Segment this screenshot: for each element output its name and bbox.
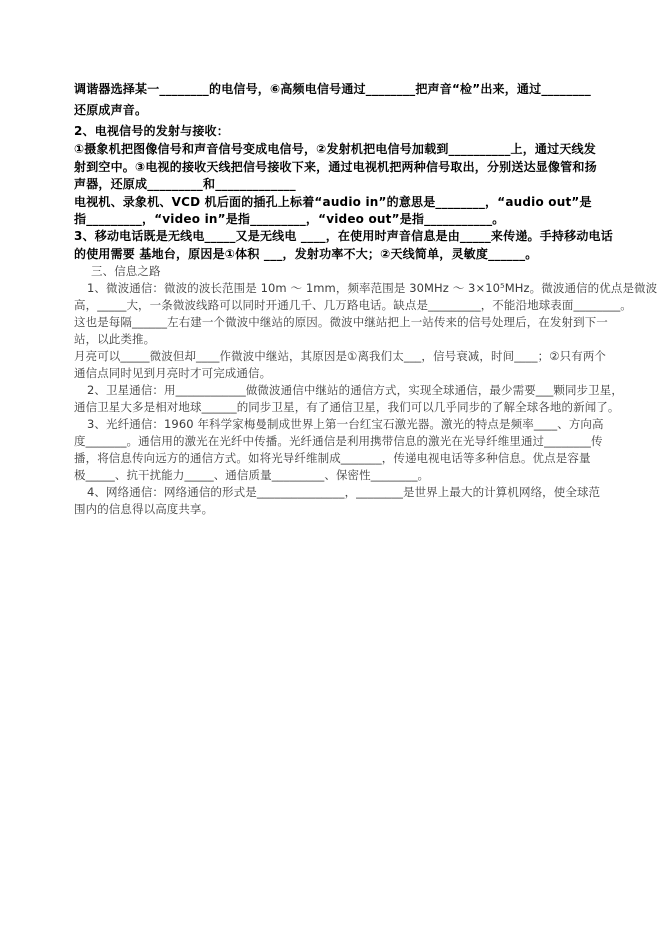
- doc-line-mobile-phone: 3、移动电话既是无线电_____又是无线电 ____，在使用时声音信息是由___…: [74, 228, 619, 245]
- doc-line-restore-blanks: 声器，还原成_________和_____________: [74, 176, 619, 193]
- doc-line-camera-transmitter: ①摄象机把图像信号和声音信号变成电信号，②发射机把电信号加载到_________…: [74, 141, 619, 158]
- doc-line-satellite-2: 通信卫星大多是相对地球______的同步卫星，有了通信卫星，我们可以几乎同步的了…: [74, 399, 619, 416]
- section-heading-info-road: 三、信息之路: [74, 263, 619, 280]
- doc-line-microwave-1: 1、微波通信：微波的波长范围是 10m ～ 1mm，频率范围是 30MHz ～ …: [74, 280, 619, 297]
- doc-line-fiber-2: 度_______。通信用的激光在光纤中传播。光纤通信是利用携带信息的激光在光导纤…: [74, 433, 619, 450]
- doc-line-microwave-relay-2: 站，以此类推。: [74, 331, 619, 348]
- doc-heading-tv-signal: 2、电视信号的发射与接收：: [74, 121, 619, 142]
- doc-line-microwave-2: 高，_____大，一条微波线路可以同时开通几千、几万路电话。缺点是_______…: [74, 297, 619, 314]
- doc-line-base-station: 的使用需要 基地台，原因是①体积 ___，发射功率不大；②天线简单，灵敏度___…: [74, 246, 619, 263]
- document-page: 调谐器选择某一________的电信号，⑥高频电信号通过________把声音“…: [0, 0, 661, 935]
- doc-line-tv-receive: 射到空中。③电视的接收天线把信号接收下来，通过电视机把两种信号取出，分别送达显像…: [74, 159, 619, 176]
- doc-line-microwave-relay-1: 这也是每隔______左右建一个微波中继站的原因。微波中继站把上一站传来的信号处…: [74, 314, 619, 331]
- doc-line-video-in-out: 指_________，“video in”是指_________，“video …: [74, 211, 619, 228]
- doc-line-moon-relay-1: 月亮可以_____微波但却____作微波中继站，其原因是①离我们太___，信号衰…: [74, 348, 619, 365]
- doc-line-network-2: 围内的信息得以高度共享。: [74, 501, 619, 518]
- doc-line-fiber-4: 极_____、抗干扰能力_____、通信质量_________、保密性_____…: [74, 467, 619, 484]
- doc-line-audio-in: 电视机、录象机、VCD 机后面的插孔上标着“audio in”的意思是_____…: [74, 194, 619, 211]
- doc-line-fiber-3: 播，将信息传向远方的通信方式。如将光导纤维制成_______，传递电视电话等多种…: [74, 450, 619, 467]
- doc-line-fiber-1: 3、光纤通信：1960 年科学家梅曼制成世界上第一台红宝石激光器。激光的特点是频…: [74, 416, 619, 433]
- doc-line-satellite-1: 2、卫星通信：用____________做微波通信中继站的通信方式，实现全球通信…: [74, 382, 619, 399]
- document-content: 调谐器选择某一________的电信号，⑥高频电信号通过________把声音“…: [74, 79, 619, 518]
- doc-line-moon-relay-2: 通信点同时见到月亮时才可完成通信。: [74, 365, 619, 382]
- doc-line-sound-restore: 还原成声音。: [74, 100, 619, 121]
- doc-line-tuner-fill: 调谐器选择某一________的电信号，⑥高频电信号通过________把声音“…: [74, 79, 619, 100]
- doc-line-network-1: 4、网络通信：网络通信的形式是_______________，________是…: [74, 484, 619, 501]
